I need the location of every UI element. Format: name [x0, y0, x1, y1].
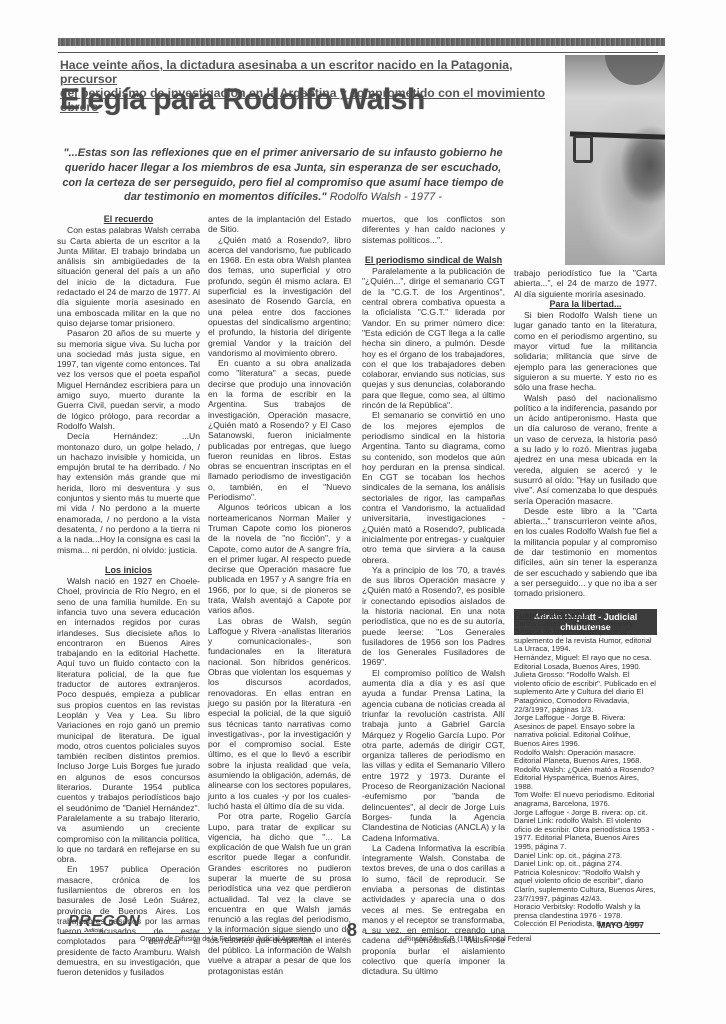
- section-heading-periodismo-sindical: El periodismo sindical de Walsh: [362, 255, 505, 265]
- paragraph: Si bien Rodolfo Walsh tiene un lugar gan…: [514, 310, 657, 392]
- source-item: Carlos Gabetta - Sergio Joselovsky: "Mis…: [514, 620, 657, 654]
- paragraph: Decía Hernández: ...Un montonazo duro, u…: [57, 431, 200, 555]
- kicker-line-1: Hace veinte años, la dictadura asesinaba…: [60, 58, 512, 86]
- author-portrait-photo: [565, 55, 665, 265]
- paragraph: Desde este libro a la "Carta abierta..."…: [514, 506, 657, 599]
- paragraph: Walsh pasó del nacionalismo político a l…: [514, 393, 657, 506]
- paragraph: Walsh nació en 1927 en Choele-Choel, pro…: [57, 576, 200, 864]
- source-item: Rodolfo Walsh: Operación masacre. Editor…: [514, 749, 657, 766]
- source-item: Tom Wolfe: El nuevo periodismo. Editoria…: [514, 791, 657, 808]
- footer-rule-left: [60, 933, 315, 934]
- source-item: Hernández, Miguel: El rayo que no cesa. …: [514, 654, 657, 671]
- footer-rule-right: [365, 933, 660, 934]
- column-3: muertos, que los conflictos son diferent…: [362, 214, 505, 977]
- paragraph: Paralelamente a la publicación de "¿Quié…: [362, 266, 505, 410]
- portrait-lens: [573, 135, 593, 163]
- article-title: Elegía para Rodolfo Walsh: [60, 83, 425, 117]
- source-item: Rodolfo Walsh: ¿Quién mató a Rosendo? Ed…: [514, 766, 657, 792]
- column-1: El recuerdo Con estas palabras Walsh cer…: [57, 214, 200, 978]
- source-item: Patricia Kolesnicov: "Rodolfo Walsh y aq…: [514, 869, 657, 903]
- paragraph: El semanario se convirtió en uno de los …: [362, 410, 505, 564]
- paragraph: La Cadena Informativa la escribía íntegr…: [362, 843, 505, 977]
- paragraph: El compromiso político de Walsh aumenta …: [362, 668, 505, 843]
- paragraph: Ya a principio de los '70, a través de s…: [362, 565, 505, 668]
- paragraph: Por otra parte, Rogelio García Lupo, par…: [208, 811, 351, 976]
- source-item: Julieta Grosso: "Rodolfo Walsh. El viole…: [514, 671, 657, 714]
- pregon-logo: PREGON Judicial: [68, 913, 140, 934]
- sources-list: Fuentes utilizadas Carlos Gabetta - Serg…: [514, 611, 657, 929]
- paragraph: antes de la implantación del Estado de S…: [208, 214, 351, 235]
- quote-signature: Rodolfo Walsh - 1977 -: [330, 191, 442, 203]
- paragraph: trabajo periodístico fue la "Carta abier…: [514, 268, 657, 299]
- footer-publisher: Organo de Difusión de la Federación Judi…: [140, 936, 311, 943]
- page-number: 8: [347, 920, 357, 941]
- logo-text: PREGON: [68, 913, 140, 930]
- portrait-hair: [605, 55, 665, 85]
- section-heading-recuerdo: El recuerdo: [57, 214, 200, 224]
- paragraph: Las obras de Walsh, según Laffogue y Riv…: [208, 616, 351, 812]
- source-item: Daniel Link: rodolfo Walsh. El violento …: [514, 817, 657, 851]
- source-item: Jorge Laffogue - Jorge B. Rivera: Asesin…: [514, 714, 657, 748]
- section-heading-inicios: Los inicios: [57, 565, 200, 575]
- paragraph: muertos, que los conflictos son diferent…: [362, 214, 505, 245]
- section-heading-libertad: Para la libertad...: [514, 299, 657, 309]
- paragraph: Pasaron 20 años de su muerte y su memori…: [57, 328, 200, 431]
- footer-address: Rincón 74 - C.P. (1081) - Capital Federa…: [405, 936, 531, 943]
- paragraph: En cuanto a su obra analizada como "lite…: [208, 358, 351, 502]
- column-4: trabajo periodístico fue la "Carta abier…: [514, 268, 657, 635]
- pull-quote: "...Estas son las reflexiones que en el …: [58, 146, 508, 205]
- column-2: antes de la implantación del Estado de S…: [208, 214, 351, 976]
- header-bar: [58, 38, 665, 46]
- paragraph: ¿Quién mató a Rosendo?, libro acerca del…: [208, 235, 351, 359]
- paragraph: Algunos teóricos ubican a los norteameri…: [208, 502, 351, 615]
- header-rule: [58, 52, 658, 53]
- paragraph: Con estas palabras Walsh cerraba su Cart…: [57, 225, 200, 328]
- issue-date: MAYO 1997: [598, 920, 644, 930]
